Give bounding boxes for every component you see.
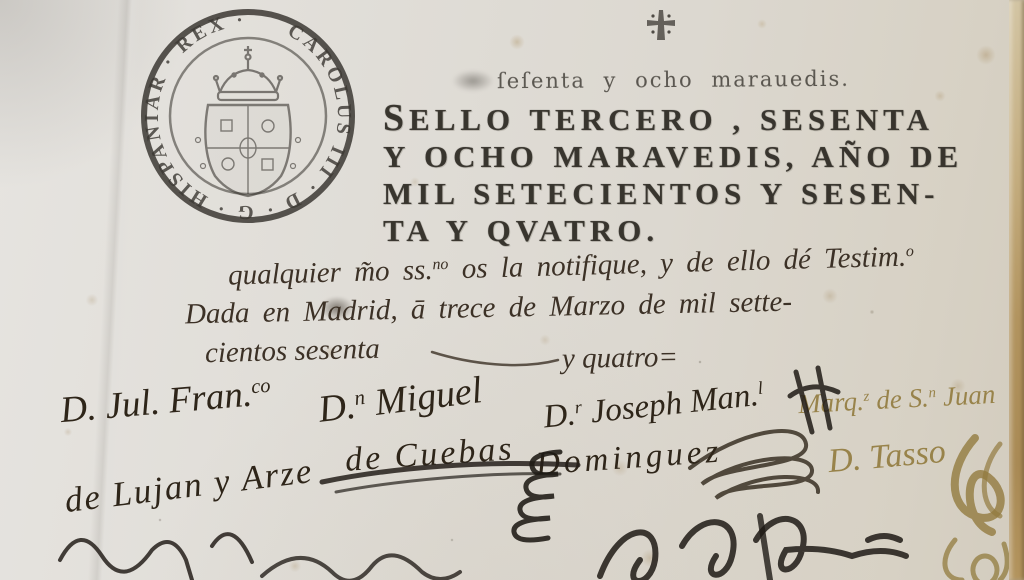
- signature-text: de S.: [869, 382, 930, 415]
- signature-text: Juan: [935, 379, 996, 412]
- royal-stamp: CAROLUS III · D · G · HISPANIAR · REX ·: [133, 0, 363, 232]
- manuscript-text: qualquier m̃o ss.: [228, 254, 433, 292]
- printed-line: MIL SETECIENTOS Y SESEN-: [383, 175, 1003, 212]
- page-edge: [1009, 0, 1024, 580]
- partial-signature: [600, 519, 906, 580]
- manuscript-line-3-end: y quatro=: [562, 341, 679, 376]
- signature-miguel-line1: D.n Miguel: [316, 368, 485, 432]
- crown-icon: [214, 46, 282, 100]
- sepia-flourish: [955, 438, 1001, 532]
- printed-block: SELLO TERCERO , SESENTA Y OCHO MARAVEDIS…: [383, 100, 1003, 249]
- partial-signature: [60, 534, 252, 580]
- sepia-flourish: [984, 444, 1000, 516]
- superscript-abbrev: l: [757, 378, 764, 398]
- partial-signature: [262, 555, 460, 580]
- shield-icon: [196, 105, 301, 196]
- superscript-abbrev: o: [906, 243, 914, 260]
- signature-text: Marq.: [797, 386, 864, 419]
- signature-dominguez-line2: Dominguez: [535, 434, 723, 484]
- signature-marques-line2: D. Tasso: [827, 433, 948, 481]
- pen-connector-stroke: [432, 352, 558, 365]
- printed-line: SELLO TERCERO , SESENTA: [383, 100, 1003, 138]
- cross-ornament-icon: [645, 8, 677, 44]
- document-page: CAROLUS III · D · G · HISPANIAR · REX ·: [0, 0, 1024, 580]
- signature-text: D.: [542, 396, 578, 435]
- signature-lujan-line1: D. Jul. Fran.co: [59, 371, 273, 432]
- signature-text: D.: [316, 385, 358, 431]
- ink-smudge: [452, 70, 494, 92]
- signature-text: Joseph Man.: [581, 377, 761, 431]
- signature-text: D. Jul. Fran.: [59, 374, 254, 432]
- fee-line: ſeſenta y ocho marauedis.: [497, 67, 850, 93]
- partial-signature-sepia: [945, 540, 1007, 580]
- signature-miguel-line2: de Cuebas: [344, 430, 516, 480]
- signature-dominguez-line1: D.r Joseph Man.l: [542, 377, 766, 437]
- superscript-abbrev: co: [250, 375, 271, 399]
- partial-signature: [760, 516, 770, 580]
- printed-line: Y OCHO MARAVEDIS, AÑO DE: [383, 138, 1003, 175]
- signature-lujan-line2: de Lujan y Arze: [62, 451, 315, 521]
- superscript-abbrev: no: [432, 256, 448, 273]
- manuscript-line-2: Dada en Madrid, ā trece de Marzo de mil …: [185, 286, 793, 332]
- signature-text: Miguel: [363, 369, 484, 425]
- manuscript-line-3: cientos sesenta: [205, 333, 381, 371]
- signature-marques-line1: Marq.z de S.n Juan: [797, 379, 996, 420]
